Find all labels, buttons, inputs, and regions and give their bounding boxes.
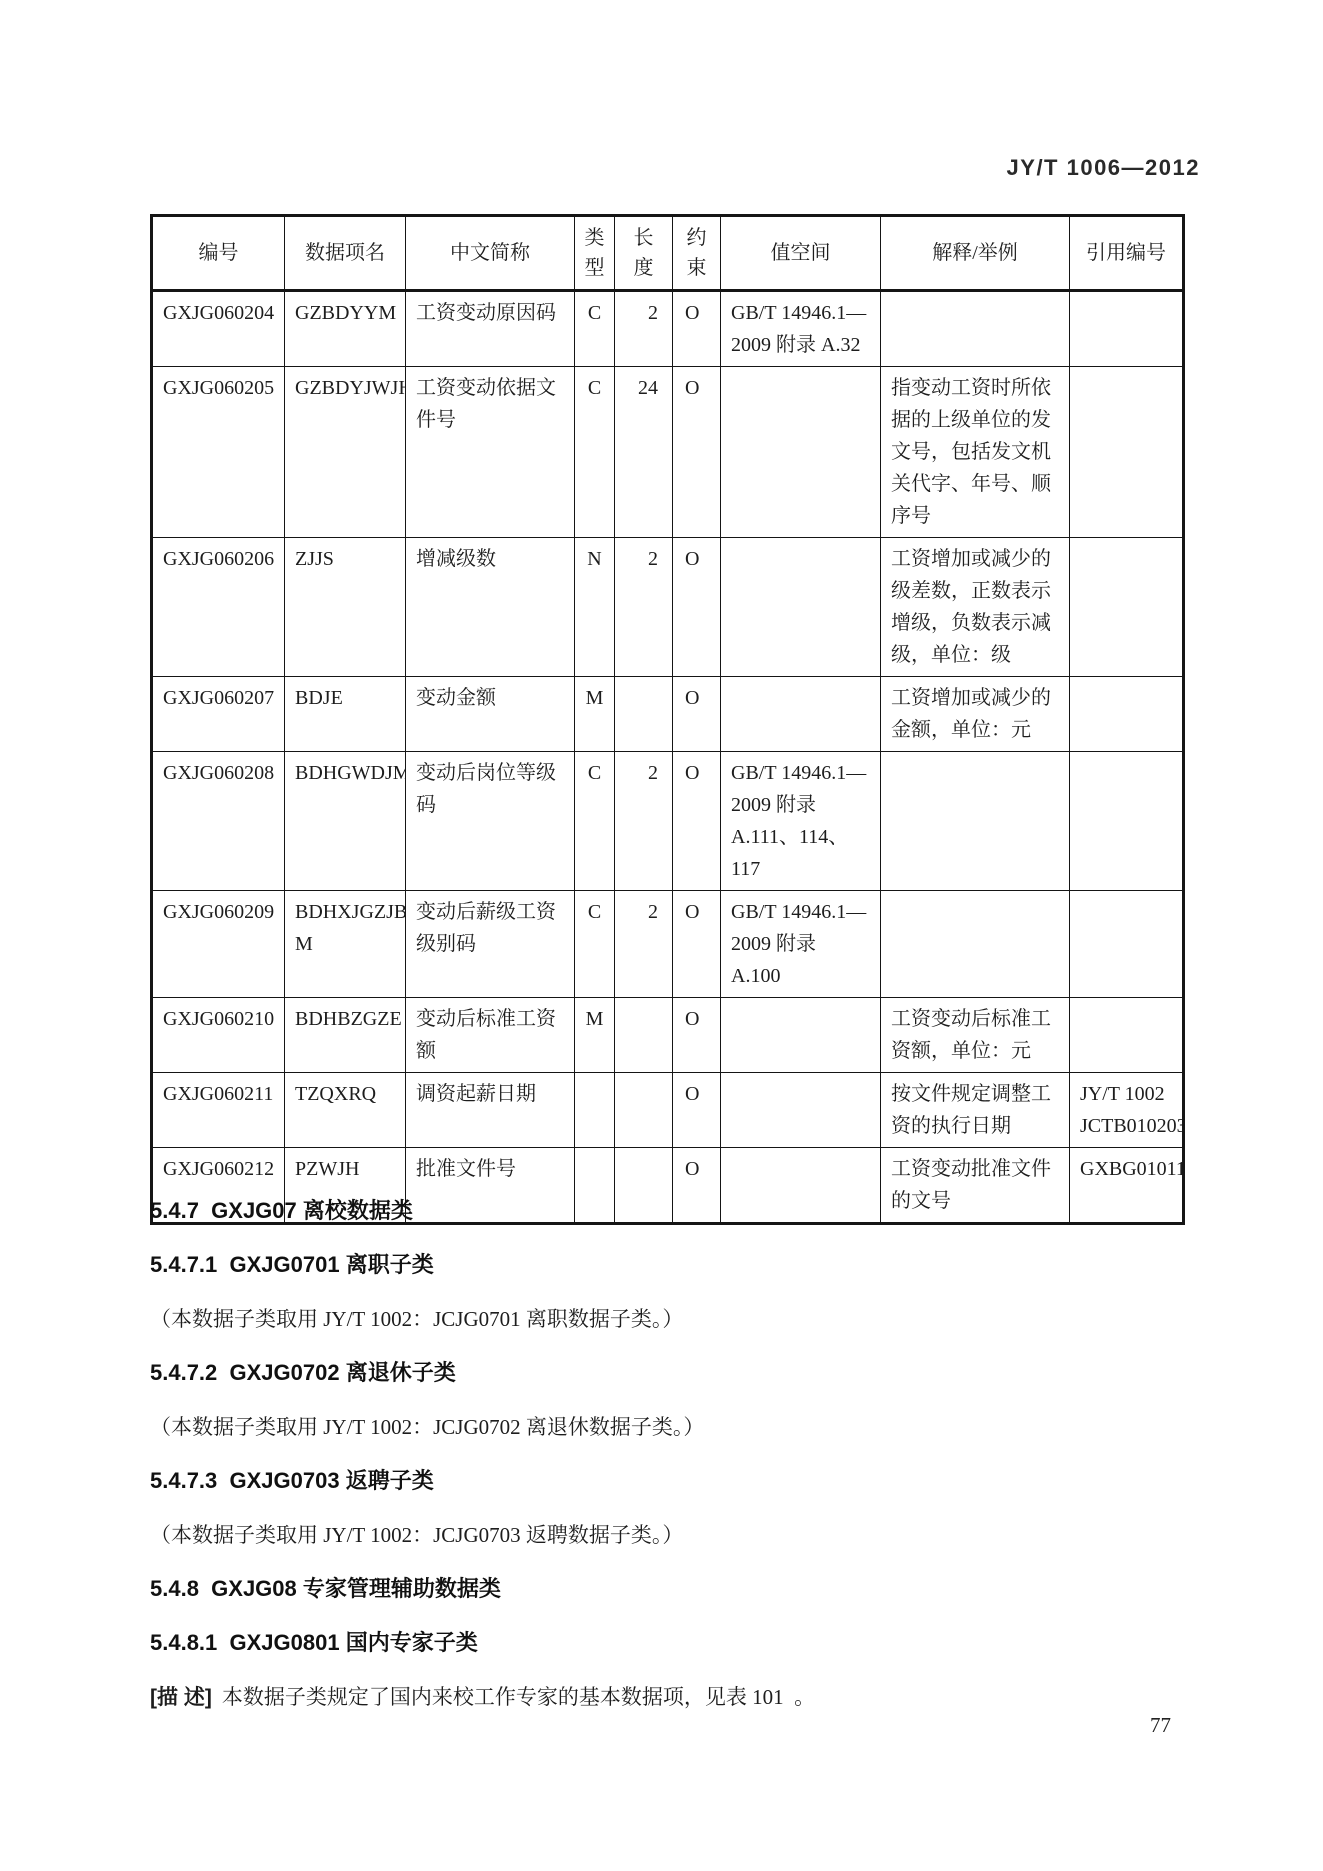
- table-row: GXJG060208 BDHGWDJM 变动后岗位等级 码 C 2 O GB/T…: [152, 752, 1184, 891]
- cell-value-space: GB/T 14946.1— 2009 附录 A.100: [721, 891, 881, 998]
- data-items-table: 编号 数据项名 中文简称 类 型 长 度 约 束 值空间 解释/举例 引用编号 …: [150, 214, 1185, 1225]
- section-heading-5471: 5.4.7.1 GXJG0701 离职子类: [150, 1252, 1190, 1278]
- document-page: JY/T 1006—2012 编号 数据项名 中文简称 类 型 长 度 约 束 …: [0, 0, 1323, 1871]
- cell-explanation: [881, 891, 1070, 998]
- cell-value-space: GB/T 14946.1— 2009 附录 A.32: [721, 291, 881, 367]
- cell-cn: 工资变动依据文 件号: [406, 367, 575, 538]
- column-header-ref: 引用编号: [1070, 216, 1184, 291]
- table-header-row: 编号 数据项名 中文简称 类 型 长 度 约 束 值空间 解释/举例 引用编号: [152, 216, 1184, 291]
- cell-type: C: [575, 752, 615, 891]
- cell-ref: [1070, 367, 1184, 538]
- cell-length: [615, 998, 673, 1073]
- cell-id: GXJG060204: [152, 291, 285, 367]
- cell-constraint: O: [673, 998, 721, 1073]
- column-header-name: 数据项名: [285, 216, 406, 291]
- cell-name: ZJJS: [285, 538, 406, 677]
- cell-length: 2: [615, 538, 673, 677]
- column-header-explanation: 解释/举例: [881, 216, 1070, 291]
- table-row: GXJG060206 ZJJS 增减级数 N 2 O 工资增加或减少的 级差数，…: [152, 538, 1184, 677]
- cell-constraint: O: [673, 1073, 721, 1148]
- cell-constraint: O: [673, 891, 721, 998]
- cell-id: GXJG060211: [152, 1073, 285, 1148]
- table-row: GXJG060209 BDHXJGZJB M 变动后薪级工资 级别码 C 2 O…: [152, 891, 1184, 998]
- cell-value-space: [721, 677, 881, 752]
- cell-id: GXJG060210: [152, 998, 285, 1073]
- section-paragraph: （本数据子类取用 JY/T 1002：JCJG0701 离职数据子类。）: [150, 1306, 1190, 1332]
- cell-value-space: [721, 538, 881, 677]
- description-label: [描 述]: [150, 1686, 212, 1709]
- cell-length: 24: [615, 367, 673, 538]
- column-header-type: 类 型: [575, 216, 615, 291]
- doc-number: JY/T 1006—2012: [1007, 155, 1200, 181]
- section-heading-5472: 5.4.7.2 GXJG0702 离退休子类: [150, 1360, 1190, 1386]
- column-header-cn: 中文简称: [406, 216, 575, 291]
- column-header-constraint: 约 束: [673, 216, 721, 291]
- cell-explanation: 按文件规定调整工 资的执行日期: [881, 1073, 1070, 1148]
- cell-name: BDJE: [285, 677, 406, 752]
- cell-length: [615, 1073, 673, 1148]
- cell-ref: JY/T 1002 JCTB010203: [1070, 1073, 1184, 1148]
- cell-ref: [1070, 891, 1184, 998]
- cell-length: 2: [615, 891, 673, 998]
- table-row: GXJG060205 GZBDYJWJH 工资变动依据文 件号 C 24 O 指…: [152, 367, 1184, 538]
- cell-cn: 变动金额: [406, 677, 575, 752]
- cell-ref: [1070, 752, 1184, 891]
- description-paragraph: [描 述]本数据子类规定了国内来校工作专家的基本数据项，见表 101 。: [150, 1684, 1190, 1711]
- cell-id: GXJG060206: [152, 538, 285, 677]
- cell-ref: [1070, 677, 1184, 752]
- table-row: GXJG060211 TZQXRQ 调资起薪日期 O 按文件规定调整工 资的执行…: [152, 1073, 1184, 1148]
- cell-type: C: [575, 891, 615, 998]
- description-text: 本数据子类规定了国内来校工作专家的基本数据项，见表 101 。: [222, 1685, 815, 1709]
- cell-name: TZQXRQ: [285, 1073, 406, 1148]
- cell-length: [615, 677, 673, 752]
- cell-cn: 工资变动原因码: [406, 291, 575, 367]
- cell-name: BDHGWDJM: [285, 752, 406, 891]
- cell-name: BDHBZGZE: [285, 998, 406, 1073]
- cell-cn: 变动后薪级工资 级别码: [406, 891, 575, 998]
- cell-value-space: [721, 367, 881, 538]
- cell-cn: 调资起薪日期: [406, 1073, 575, 1148]
- cell-constraint: O: [673, 291, 721, 367]
- column-header-value-space: 值空间: [721, 216, 881, 291]
- cell-constraint: O: [673, 752, 721, 891]
- section-paragraph: （本数据子类取用 JY/T 1002：JCJG0703 返聘数据子类。）: [150, 1522, 1190, 1548]
- cell-explanation: 工资增加或减少的 级差数，正数表示 增级，负数表示减 级，单位：级: [881, 538, 1070, 677]
- cell-length: 2: [615, 291, 673, 367]
- cell-explanation: 工资增加或减少的 金额，单位：元: [881, 677, 1070, 752]
- cell-type: M: [575, 998, 615, 1073]
- cell-name: BDHXJGZJB M: [285, 891, 406, 998]
- cell-explanation: 工资变动后标准工 资额，单位：元: [881, 998, 1070, 1073]
- cell-explanation: [881, 291, 1070, 367]
- column-header-length: 长 度: [615, 216, 673, 291]
- table-row: GXJG060210 BDHBZGZE 变动后标准工资 额 M O 工资变动后标…: [152, 998, 1184, 1073]
- cell-ref: [1070, 538, 1184, 677]
- column-header-id: 编号: [152, 216, 285, 291]
- cell-ref: [1070, 998, 1184, 1073]
- page-number: 77: [1150, 1713, 1171, 1738]
- cell-type: C: [575, 291, 615, 367]
- cell-value-space: GB/T 14946.1— 2009 附录 A.111、114、117: [721, 752, 881, 891]
- table-row: GXJG060204 GZBDYYM 工资变动原因码 C 2 O GB/T 14…: [152, 291, 1184, 367]
- section-heading-548: 5.4.8 GXJG08 专家管理辅助数据类: [150, 1576, 1190, 1602]
- cell-length: 2: [615, 752, 673, 891]
- cell-constraint: O: [673, 538, 721, 677]
- cell-constraint: O: [673, 367, 721, 538]
- cell-id: GXJG060205: [152, 367, 285, 538]
- cell-value-space: [721, 998, 881, 1073]
- cell-id: GXJG060207: [152, 677, 285, 752]
- section-heading-547: 5.4.7 GXJG07 离校数据类: [150, 1198, 1190, 1224]
- cell-ref: [1070, 291, 1184, 367]
- cell-type: N: [575, 538, 615, 677]
- cell-value-space: [721, 1073, 881, 1148]
- cell-explanation: 指变动工资时所依 据的上级单位的发 文号，包括发文机 关代字、年号、顺 序号: [881, 367, 1070, 538]
- cell-name: GZBDYJWJH: [285, 367, 406, 538]
- cell-id: GXJG060209: [152, 891, 285, 998]
- sections: 5.4.7 GXJG07 离校数据类 5.4.7.1 GXJG0701 离职子类…: [150, 1198, 1190, 1739]
- section-heading-5481: 5.4.8.1 GXJG0801 国内专家子类: [150, 1630, 1190, 1656]
- cell-name: GZBDYYM: [285, 291, 406, 367]
- cell-type: C: [575, 367, 615, 538]
- section-paragraph: （本数据子类取用 JY/T 1002：JCJG0702 离退休数据子类。）: [150, 1414, 1190, 1440]
- cell-type: M: [575, 677, 615, 752]
- cell-cn: 变动后标准工资 额: [406, 998, 575, 1073]
- cell-constraint: O: [673, 677, 721, 752]
- section-heading-5473: 5.4.7.3 GXJG0703 返聘子类: [150, 1468, 1190, 1494]
- cell-id: GXJG060208: [152, 752, 285, 891]
- cell-type: [575, 1073, 615, 1148]
- cell-cn: 变动后岗位等级 码: [406, 752, 575, 891]
- cell-cn: 增减级数: [406, 538, 575, 677]
- table-row: GXJG060207 BDJE 变动金额 M O 工资增加或减少的 金额，单位：…: [152, 677, 1184, 752]
- cell-explanation: [881, 752, 1070, 891]
